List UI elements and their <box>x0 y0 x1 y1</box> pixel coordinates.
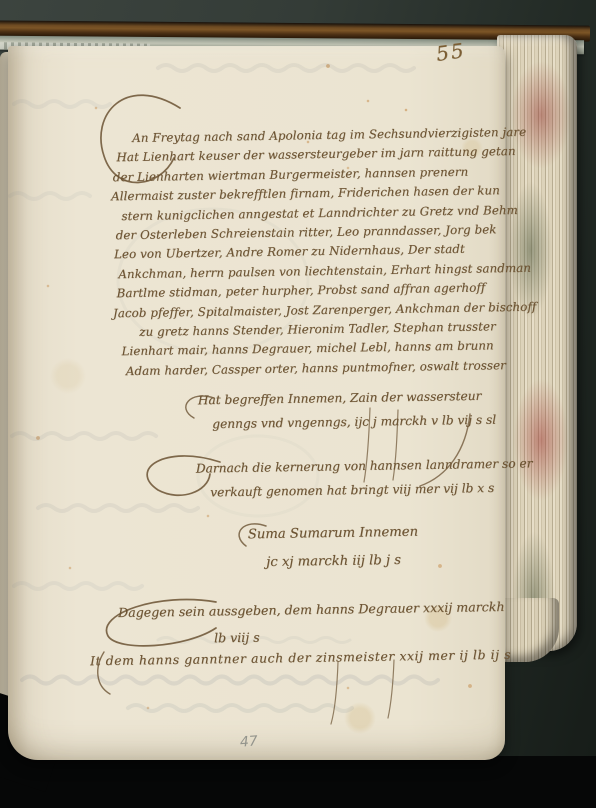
manuscript-main-paragraph: An Freytag nach sand Apolonia tag im Sec… <box>110 123 537 382</box>
manuscript-line: genngs vnd vngenngs, ijc j marckh v lb v… <box>198 408 496 437</box>
manuscript-sum-total: Suma Sumarum Innemen jc xj marckh iij lb… <box>248 519 419 578</box>
photo-background-bottom <box>0 756 596 808</box>
folio-number-ink: 55 <box>434 38 467 66</box>
manuscript-line: Suma Sumarum Innemen <box>248 519 419 550</box>
manuscript-expense-line: lb viij s <box>214 630 260 646</box>
folio-number-pencil: 47 <box>239 733 258 750</box>
manuscript-item-line: It dem hanns ganntner auch der zinsmeist… <box>90 647 511 669</box>
manuscript-line: jc xj marckh iij lb j s <box>248 547 419 578</box>
manuscript-line: verkauft genomen hat bringt viij mer vij… <box>196 475 533 504</box>
manuscript-second-entry: Darnach die kernerung von hannsen lanndr… <box>196 451 533 504</box>
manuscript-income-entry: Hat begreffen Innemen, Zain der wasserst… <box>198 384 497 437</box>
manuscript-page: 55 An Freytag nach sand Apolonia tag im … <box>8 46 505 760</box>
manuscript-expense-line: Dagegen sein aussgeben, dem hanns Degrau… <box>118 599 505 620</box>
archival-photo: 55 An Freytag nach sand Apolonia tag im … <box>0 0 596 808</box>
